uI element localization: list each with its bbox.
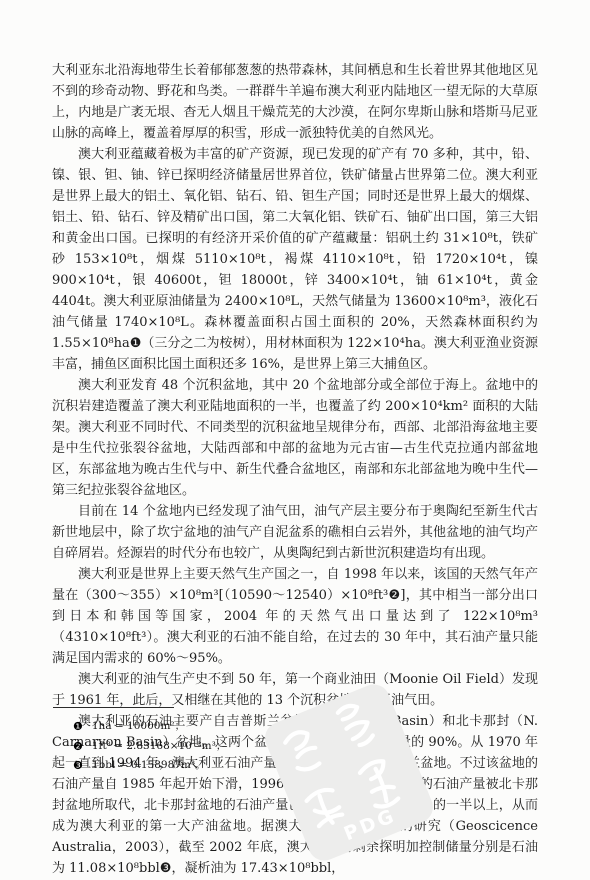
footnote-text: 1bbl = 0.158987m³。 [92, 759, 206, 771]
body-paragraph: 澳大利亚发育 48 个沉积盆地，其中 20 个盆地部分或全部位于海上。盆地中的沉… [52, 375, 538, 501]
footnote-item: ❶1ha = 10000m²； [52, 717, 538, 737]
footnote-marker: ❷ [73, 738, 83, 757]
body-paragraph: 大利亚东北沿海地带生长着郁郁葱葱的热带森林，其间栖息和生长着世界其他地区见不到的… [52, 60, 538, 144]
body-paragraph: 目前在 14 个盆地内已经发现了油气田，油气产层主要分布于奥陶纪至新生代古新世地… [52, 501, 538, 564]
footnote-text: 1ha = 10000m²； [92, 720, 185, 732]
body-paragraph: 澳大利亚是世界上主要天然气生产国之一，自 1998 年以来，该国的天然气年产量在… [52, 564, 538, 669]
body-paragraph: 澳大利亚蕴藏着极为丰富的矿产资源，现已发现的矿产有 70 多种，其中，铅、镍、银… [52, 144, 538, 375]
footnote-marker: ❸ [73, 757, 83, 776]
footnotes: ❶1ha = 10000m²； ❷1ft³ = 2.83168×10⁻²m³； … [52, 707, 538, 776]
body-paragraph: 澳大利亚的油气生产史不到 50 年，第一个商业油田（Moonie Oil Fie… [52, 669, 538, 711]
footnote-text: 1ft³ = 2.83168×10⁻²m³； [92, 740, 226, 752]
footnote-marker: ❶ [73, 718, 83, 737]
document-page: PDG 大利亚东北沿海地带生长着郁郁葱葱的热带森林，其间栖息和生长着世界其他地区… [0, 0, 590, 880]
footnote-item: ❷1ft³ = 2.83168×10⁻²m³； [52, 737, 538, 757]
footnote-separator [53, 707, 174, 708]
footnote-item: ❸1bbl = 0.158987m³。 [52, 756, 538, 776]
